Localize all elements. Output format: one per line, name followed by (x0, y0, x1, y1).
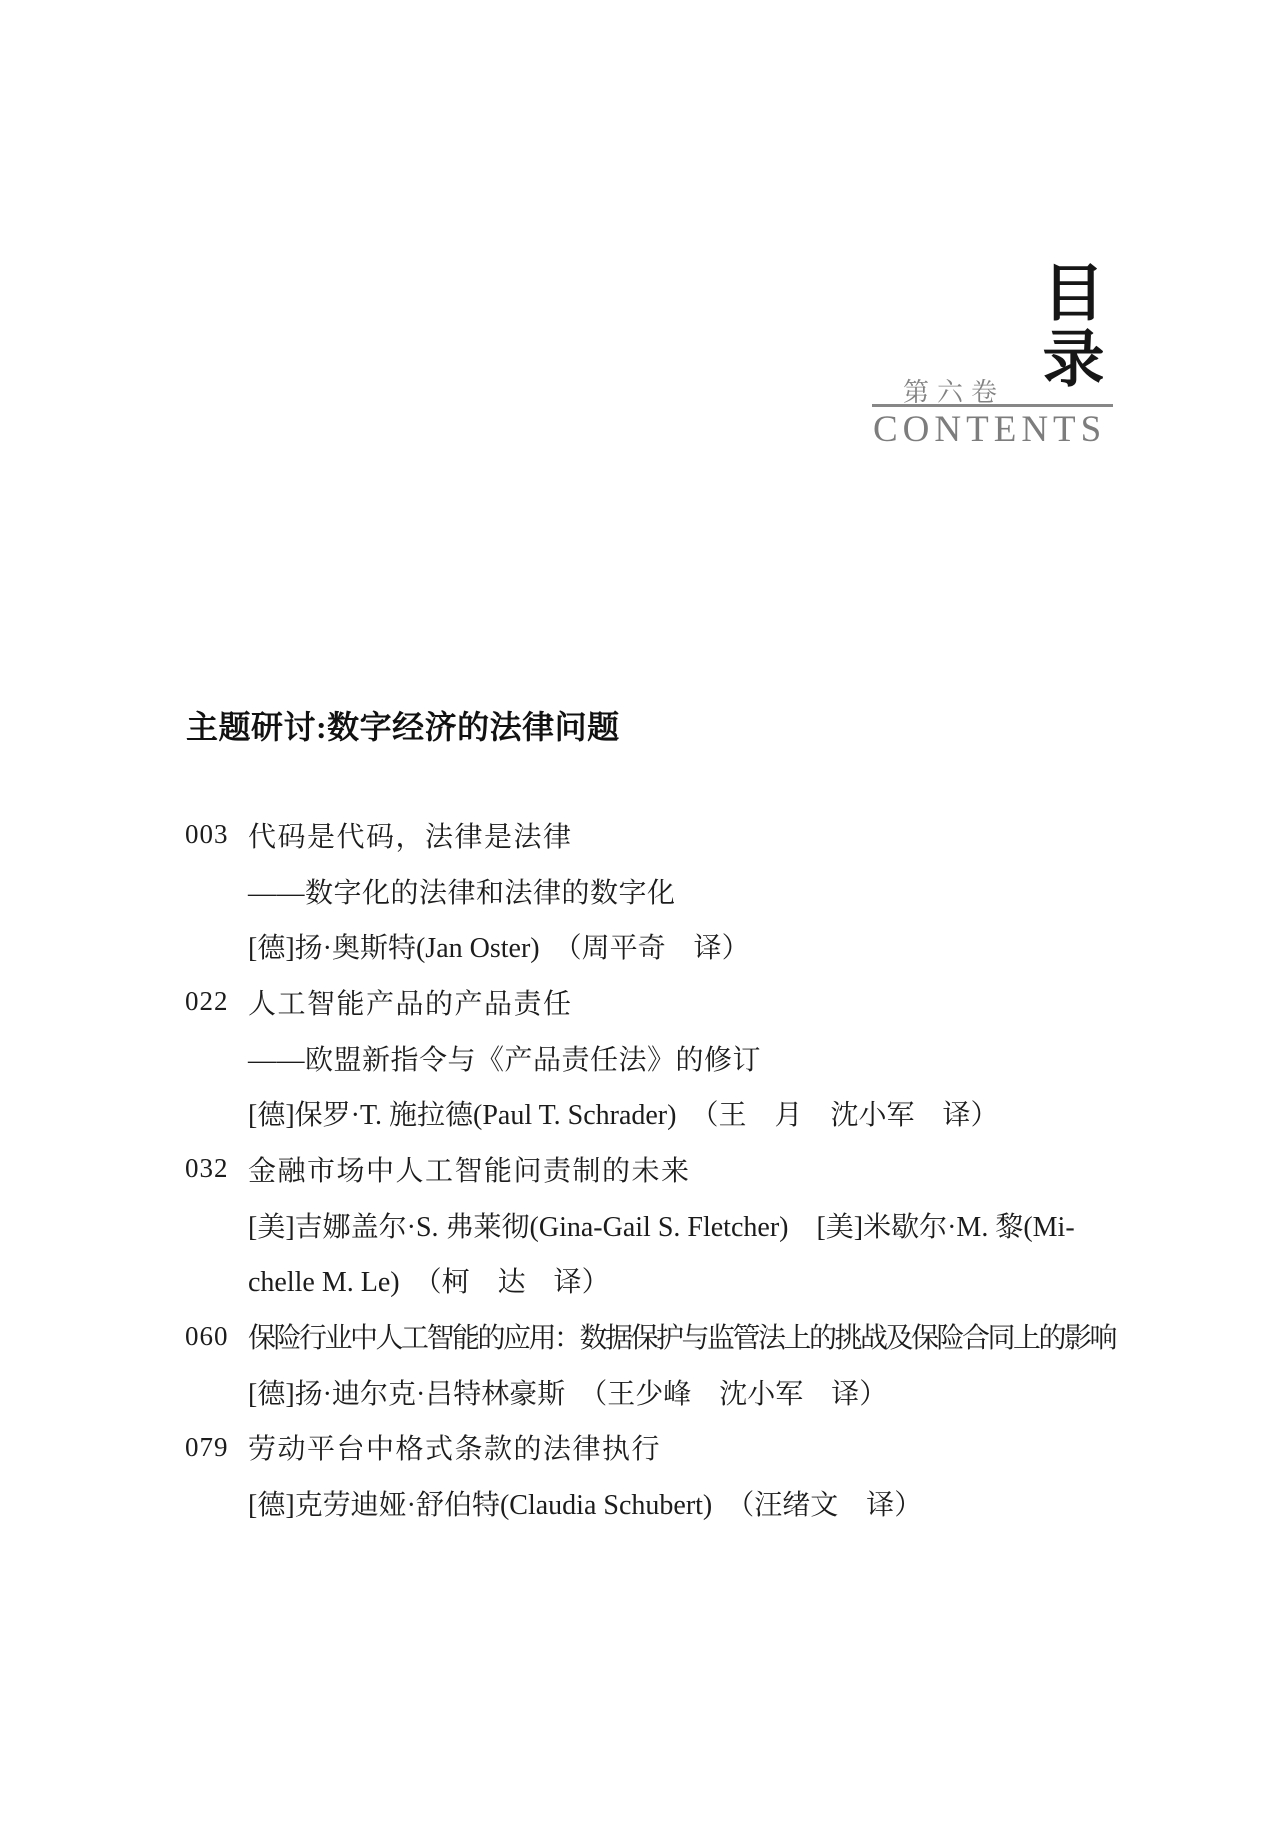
toc-row: [德]扬·奥斯特(Jan Oster) （周平奇 译） (185, 918, 1245, 974)
entry-title: 代码是代码，法律是法律 (248, 815, 573, 855)
toc-page: 目录 第六卷 CONTENTS 主题研讨:数字经济的法律问题 003 代码是代码… (0, 0, 1269, 1833)
contents-label: CONTENTS (873, 408, 1106, 451)
entry-authors: [德]扬·迪尔克·吕特林豪斯 （王少峰 沈小军 译） (248, 1372, 887, 1412)
entry-title: 劳动平台中格式条款的法律执行 (248, 1427, 661, 1467)
entry-authors: [德]保罗·T. 施拉德(Paul T. Schrader) （王 月 沈小军 … (248, 1093, 998, 1133)
toc-row: 003 代码是代码，法律是法律 (185, 807, 1245, 863)
entry-authors-line1: [美]吉娜盖尔·S. 弗莱彻(Gina-Gail S. Fletcher) [美… (248, 1205, 1075, 1245)
page-number: 032 (185, 1153, 248, 1184)
header-divider-rule (872, 404, 1113, 407)
page-number: 079 (185, 1432, 248, 1463)
section-heading: 主题研讨:数字经济的法律问题 (186, 702, 620, 748)
toc-row: ——欧盟新指令与《产品责任法》的修订 (185, 1030, 1245, 1086)
toc-row: 022 人工智能产品的产品责任 (185, 974, 1245, 1030)
page-number: 003 (185, 819, 248, 850)
entry-authors-line2: chelle M. Le) （柯 达 译） (248, 1260, 610, 1300)
toc-row: 060 保险行业中人工智能的应用：数据保护与监管法上的挑战及保险合同上的影响 (185, 1308, 1245, 1364)
toc-entry: 003 代码是代码，法律是法律 ——数字化的法律和法律的数字化 [德]扬·奥斯特… (185, 807, 1245, 974)
toc-row: [德]克劳迪娅·舒伯特(Claudia Schubert) （汪绪文 译） (185, 1475, 1245, 1531)
entry-title: 人工智能产品的产品责任 (248, 982, 573, 1022)
page-title-vertical: 目录 (1035, 260, 1099, 392)
toc-entry: 032 金融市场中人工智能问责制的未来 [美]吉娜盖尔·S. 弗莱彻(Gina-… (185, 1141, 1245, 1308)
entry-authors: [德]克劳迪娅·舒伯特(Claudia Schubert) （汪绪文 译） (248, 1483, 922, 1523)
toc-entry: 060 保险行业中人工智能的应用：数据保护与监管法上的挑战及保险合同上的影响 [… (185, 1308, 1245, 1419)
entry-subtitle: ——数字化的法律和法律的数字化 (248, 871, 676, 911)
toc-row: [德]扬·迪尔克·吕特林豪斯 （王少峰 沈小军 译） (185, 1364, 1245, 1420)
entry-subtitle: ——欧盟新指令与《产品责任法》的修订 (248, 1038, 761, 1078)
page-number: 060 (185, 1321, 248, 1352)
toc-list: 003 代码是代码，法律是法律 ——数字化的法律和法律的数字化 [德]扬·奥斯特… (185, 807, 1245, 1531)
entry-title: 保险行业中人工智能的应用：数据保护与监管法上的挑战及保险合同上的影响 (248, 1316, 1115, 1356)
toc-entry: 022 人工智能产品的产品责任 ——欧盟新指令与《产品责任法》的修订 [德]保罗… (185, 974, 1245, 1141)
toc-row: [美]吉娜盖尔·S. 弗莱彻(Gina-Gail S. Fletcher) [美… (185, 1197, 1245, 1253)
toc-row: 079 劳动平台中格式条款的法律执行 (185, 1420, 1245, 1476)
entry-title: 金融市场中人工智能问责制的未来 (248, 1149, 691, 1189)
entry-authors: [德]扬·奥斯特(Jan Oster) （周平奇 译） (248, 926, 750, 966)
toc-row: chelle M. Le) （柯 达 译） (185, 1253, 1245, 1309)
toc-row: [德]保罗·T. 施拉德(Paul T. Schrader) （王 月 沈小军 … (185, 1085, 1245, 1141)
toc-row: ——数字化的法律和法律的数字化 (185, 863, 1245, 919)
page-number: 022 (185, 986, 248, 1017)
toc-row: 032 金融市场中人工智能问责制的未来 (185, 1141, 1245, 1197)
toc-entry: 079 劳动平台中格式条款的法律执行 [德]克劳迪娅·舒伯特(Claudia S… (185, 1420, 1245, 1531)
